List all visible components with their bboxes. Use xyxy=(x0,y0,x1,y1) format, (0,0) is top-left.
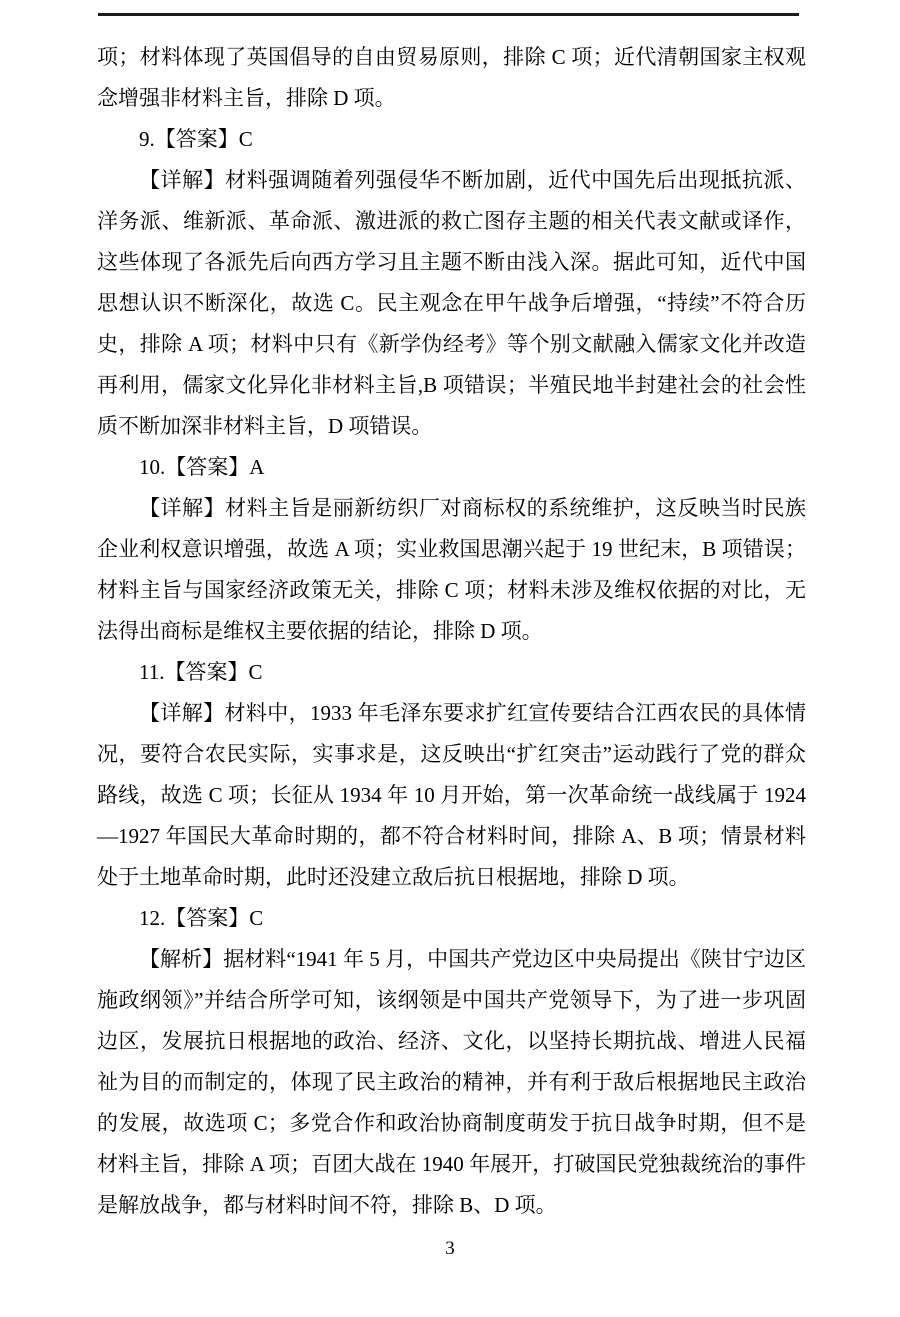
answer-11-heading: 11.【答案】C xyxy=(97,652,806,693)
answer-10-explanation: 【详解】材料主旨是丽新纺织厂对商标权的系统维护，这反映当时民族企业利权意识增强，… xyxy=(97,488,806,652)
document-body: 项；材料体现了英国倡导的自由贸易原则，排除 C 项；近代清朝国家主权观念增强非材… xyxy=(97,37,806,1226)
continuation-paragraph: 项；材料体现了英国倡导的自由贸易原则，排除 C 项；近代清朝国家主权观念增强非材… xyxy=(97,37,806,119)
answer-12-heading: 12.【答案】C xyxy=(97,898,806,939)
answer-10-heading: 10.【答案】A xyxy=(97,447,806,488)
page-number: 3 xyxy=(0,1236,900,1262)
document-page: 项；材料体现了英国倡导的自由贸易原则，排除 C 项；近代清朝国家主权观念增强非材… xyxy=(0,0,900,1317)
answer-11-explanation: 【详解】材料中，1933 年毛泽东要求扩红宣传要结合江西农民的具体情况，要符合农… xyxy=(97,693,806,898)
header-divider xyxy=(98,13,799,16)
answer-12-explanation: 【解析】据材料“1941 年 5 月，中国共产党边区中央局提出《陕甘宁边区施政纲… xyxy=(97,939,806,1226)
answer-9-explanation: 【详解】材料强调随着列强侵华不断加剧，近代中国先后出现抵抗派、洋务派、维新派、革… xyxy=(97,160,806,447)
answer-9-heading: 9.【答案】C xyxy=(97,119,806,160)
